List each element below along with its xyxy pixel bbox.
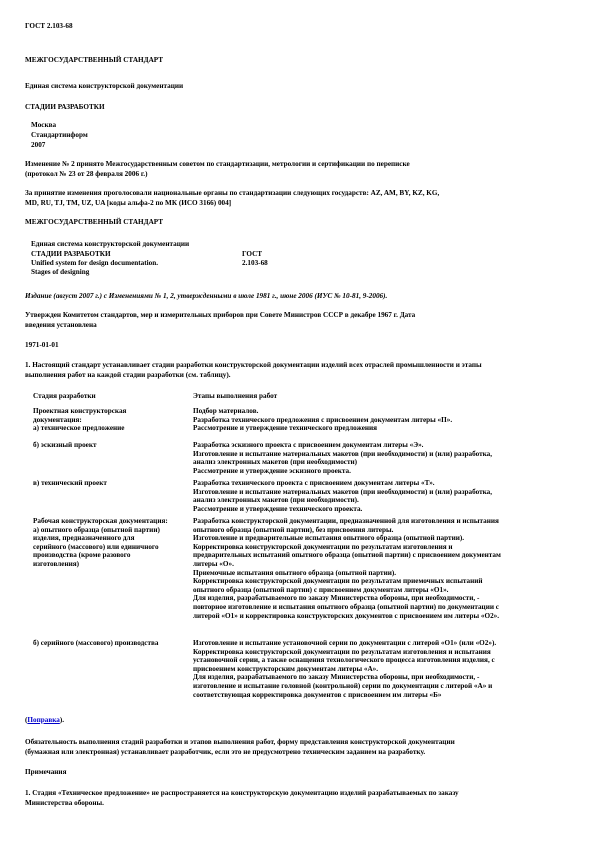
publisher: Стандартинформ (31, 131, 88, 140)
publication-city: Москва (31, 121, 56, 130)
work-text: Изготовление и испытание материальных ма… (193, 450, 573, 459)
approval-line-1: Утвержден Комитетом стандартов, мер и из… (25, 311, 415, 320)
work-text: анализ электронных макетов (при необходи… (193, 496, 573, 505)
work-text: предварительных испытаний опытного образ… (193, 551, 573, 560)
doc-code: ГОСТ 2.103-68 (25, 22, 73, 31)
stage-text: изделия, предназначенного для (33, 534, 188, 543)
stage-text: серийного (массового) или единичного (33, 543, 188, 552)
work-text: литерой «О1» и корректировка конструктор… (193, 612, 573, 621)
work-text: Разработка эскизного проекта с присвоени… (193, 441, 573, 450)
correction-close: ). (60, 716, 64, 724)
approval-line-2: введения установлена (25, 321, 97, 330)
work-text: соответствующая корректировка документов… (193, 691, 573, 700)
system-name: Единая система конструкторской документа… (25, 82, 183, 91)
stage-text: а) опытного образца (опытной партии) (33, 526, 188, 535)
table-header-works: Этапы выполнения работ (193, 392, 573, 401)
work-text: Приемочные испытания опытного образца (о… (193, 569, 573, 578)
work-text: Рассмотрение и утверждение технического … (193, 424, 573, 433)
interstate-standard-heading: МЕЖГОСУДАРСТВЕННЫЙ СТАНДАРТ (25, 56, 163, 65)
work-text: Подбор материалов. (193, 407, 573, 416)
work-text: Изготовление и испытание материальных ма… (193, 488, 573, 497)
stage-text: производства (кроме разового (33, 551, 188, 560)
work-text: литеры «О». (193, 560, 573, 569)
work-text: присвоением конструкторским документам л… (193, 665, 573, 674)
correction-link[interactable]: Поправка (27, 716, 59, 724)
obligation-line-1: Обязательность выполнения стадий разрабо… (25, 738, 455, 747)
stage-text: Рабочая конструкторская документация: (33, 517, 188, 526)
title-block-gost-number: 2.103-68 (242, 259, 268, 268)
correction-note: (Поправка). (25, 716, 64, 725)
work-text: Корректировка конструкторской документац… (193, 577, 573, 586)
table-header-stage: Стадия разработки (33, 392, 188, 401)
title-block-system: Единая система конструкторской документа… (31, 240, 189, 249)
stage-text: а) техническое предложение (33, 424, 188, 433)
introduction-date: 1971-01-01 (25, 341, 59, 350)
amendment-line-2: (протокол № 23 от 28 февраля 2006 г.) (25, 170, 147, 179)
votes-line-1: За принятие изменения проголосовали наци… (25, 189, 439, 198)
work-text: Разработка технического проекта с присво… (193, 479, 573, 488)
note-1-line-2: Министерства обороны. (25, 799, 104, 808)
work-text: Корректировка конструкторской документац… (193, 543, 573, 552)
stage-text: в) технический проект (33, 479, 188, 488)
work-text: установочной серии, а также оснащения те… (193, 656, 573, 665)
work-text: Корректировка конструкторской документац… (193, 648, 573, 657)
work-text: Разработка конструкторской документации,… (193, 517, 573, 526)
title-block-title: СТАДИИ РАЗРАБОТКИ (31, 250, 111, 259)
work-text: Для изделия, разрабатываемого по заказу … (193, 594, 573, 603)
title-block-english-2: Stages of designing (31, 268, 89, 277)
stage-text: Проектная конструкторская (33, 407, 188, 416)
work-text: повторное изготовление и испытания опытн… (193, 603, 573, 612)
publication-year: 2007 (31, 141, 45, 150)
work-text: анализ электронных макетов (при необходи… (193, 458, 573, 467)
edition-note: Издание (август 2007 г.) с Изменениями №… (25, 292, 387, 301)
stage-text: документация: (33, 416, 188, 425)
work-text: Изготовление и предварительные испытания… (193, 534, 573, 543)
interstate-standard-heading-2: МЕЖГОСУДАРСТВЕННЫЙ СТАНДАРТ (25, 218, 163, 227)
work-text: Изготовление и испытание установочной се… (193, 639, 573, 648)
work-text: опытного образца (опытной партии) с прис… (193, 586, 573, 595)
notes-heading: Примечания (25, 768, 66, 777)
title-block-gost-label: ГОСТ (242, 250, 262, 259)
stage-text: б) серийного (массового) производства (33, 639, 188, 648)
obligation-line-2: (бумажная или электронная) устанавливает… (25, 748, 425, 757)
document-title: СТАДИИ РАЗРАБОТКИ (25, 103, 105, 112)
votes-line-2: MD, RU, TJ, TM, UZ, UA [коды альфа-2 по … (25, 199, 231, 208)
stage-text: б) эскизный проект (33, 441, 188, 450)
work-text: опытного образца (опытной партии), без п… (193, 526, 573, 535)
work-text: изготовление и испытание головной (контр… (193, 682, 573, 691)
work-text: Рассмотрение и утверждение технического … (193, 505, 573, 514)
clause-1-line-1: 1. Настоящий стандарт устанавливает стад… (25, 361, 482, 370)
work-text: Разработка технического предложения с пр… (193, 416, 573, 425)
work-text: Для изделия, разрабатываемого по заказу … (193, 673, 573, 682)
title-block-english-1: Unified system for design documentation. (31, 259, 158, 268)
note-1-line-1: 1. Стадия «Техническое предложение» не р… (25, 789, 459, 798)
amendment-line-1: Изменение № 2 принято Межгосударственным… (25, 160, 410, 169)
work-text: Рассмотрение и утверждение эскизного про… (193, 467, 573, 476)
clause-1-line-2: выполнения работ на каждой стадии разраб… (25, 371, 231, 380)
stage-text: изготовления) (33, 560, 188, 569)
